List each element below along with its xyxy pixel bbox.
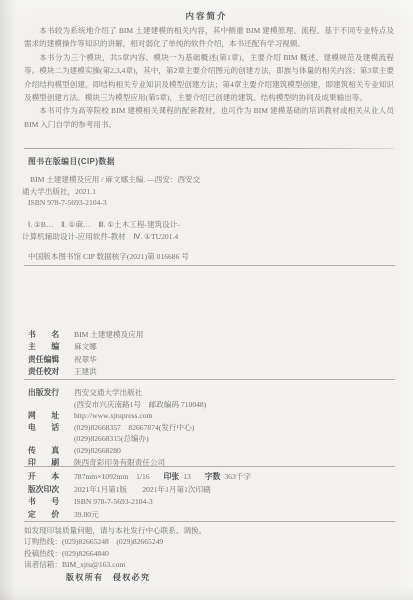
publisher-value: 西安交通大学出版社 [74, 387, 142, 399]
publishing-section: 出版发行 西安交通大学出版社 (西安市兴庆南路1号 邮政编码 710048) 网… [28, 387, 393, 468]
cip-classification-line-2: 计算机辅助设计-应用软件-教材 Ⅳ. ①TU201.4 [22, 231, 178, 242]
fax-row: 传 真 (029)82668280 [28, 445, 393, 457]
isbn-row: 书 号 ISBN 978-7-5693-2104-3 [28, 496, 393, 509]
cip-registry-line: 中国版本图书馆 CIP 数据核字(2021)第 016686 号 [28, 251, 189, 262]
reader-mailbox: 读者信箱：BIM_xjtu@163.com [24, 559, 393, 570]
isbn-value: ISBN 978-7-5693-2104-3 [74, 496, 153, 509]
section-divider [24, 379, 395, 380]
word-count-value: 363千字 [224, 471, 251, 484]
cip-record-line-2: 通大学出版社，2021.1 [22, 186, 96, 197]
summary-paragraph-1: 本书较为系统地介绍了 BIM 土建建模的相关内容，其中侧重 BIM 建模原理、流… [24, 24, 394, 51]
price-row: 定 价 39.80元 [28, 509, 393, 522]
edition-label: 版次印次 [28, 484, 74, 497]
format-label: 开 本 [28, 471, 74, 484]
publisher-row: 出版发行 西安交通大学出版社 [28, 387, 393, 399]
format-value: 787mm×1092mm 1/16 [74, 471, 150, 484]
publisher-label: 出版发行 [28, 387, 74, 399]
section-divider [24, 265, 395, 266]
price-label: 定 价 [28, 509, 74, 522]
cip-classification-line-1: Ⅰ. ①B… Ⅱ. ①麻… Ⅲ. ①土木工程-建筑设计- [28, 219, 180, 230]
section-divider [24, 148, 395, 149]
summary-paragraph-2: 本书分为三个模块，共5章内容。模块一为基础概述(第1章)，主要介绍 BIM 概述… [24, 51, 394, 105]
sheets-label: 印张 [164, 471, 180, 484]
book-title-value: BIM 土建建模及应用 [74, 329, 143, 341]
chief-editor-value: 麻文娜 [74, 341, 97, 353]
phone-row: 电 话 (029)82668357 82667874(发行中心) [28, 422, 393, 434]
chief-editor-row: 主 编 麻文娜 [28, 341, 393, 353]
content-summary-section: 本书较为系统地介绍了 BIM 土建建模的相关内容，其中侧重 BIM 建模原理、流… [24, 24, 394, 131]
publisher-address-row: (西安市兴庆南路1号 邮政编码 710048) [28, 399, 393, 411]
copyright-page: 内容简介 本书较为系统地介绍了 BIM 土建建模的相关内容，其中侧重 BIM 建… [0, 0, 413, 600]
copyright-notice: 版权所有 侵权必究 [66, 572, 393, 583]
edition-row: 版次印次 2021年1月第1版 2021年1月第1次印刷 [28, 484, 393, 497]
book-info-section: 书 名 BIM 土建建模及应用 主 编 麻文娜 责任编辑 祝翠华 责任校对 王建… [28, 329, 393, 379]
publisher-address: (西安市兴庆南路1号 邮政编码 710048) [74, 399, 206, 411]
website-label: 网 址 [28, 410, 74, 422]
phone-value-2: (029)82668315(总编办) [74, 433, 149, 445]
phone-label: 电 话 [28, 422, 74, 434]
sheets-value: 13 [183, 471, 191, 484]
phone-value: (029)82668357 82667874(发行中心) [74, 422, 194, 434]
book-title-row: 书 名 BIM 土建建模及应用 [28, 329, 393, 341]
print-spec-section: 开 本 787mm×1092mm 1/16 印张 13 字数 363千字 版次印… [28, 471, 393, 521]
section-divider [24, 521, 395, 522]
format-row: 开 本 787mm×1092mm 1/16 印张 13 字数 363千字 [28, 471, 393, 484]
chief-editor-label: 主 编 [28, 341, 74, 353]
fax-value: (029)82668280 [74, 445, 121, 457]
phone-row-2: (029)82668315(总编办) [28, 433, 393, 445]
word-count-label: 字数 [205, 471, 221, 484]
order-hotline: 订购热线：(029)82665248 (029)82665249 [24, 536, 393, 547]
proofreader-value: 王建洪 [74, 366, 97, 378]
quality-notice: 如发现印装质量问题，请与本社发行中心联系、调换。 [24, 525, 393, 536]
responsible-editor-label: 责任编辑 [28, 354, 74, 366]
website-value: http://www.xjtupress.com [74, 410, 152, 422]
section-divider [24, 466, 395, 467]
submission-hotline: 投稿热线：(029)82664840 [24, 548, 393, 559]
isbn-label: 书 号 [28, 496, 74, 509]
responsible-editor-row: 责任编辑 祝翠华 [28, 354, 393, 366]
cip-record-line-1: BIM 土建建模及应用 / 麻文娜主编. —西安：西安交 [30, 174, 200, 185]
edition-value: 2021年1月第1版 2021年1月第1次印刷 [74, 484, 211, 497]
website-row: 网 址 http://www.xjtupress.com [28, 410, 393, 422]
proofreader-label: 责任校对 [28, 366, 74, 378]
book-title-label: 书 名 [28, 329, 74, 341]
proofreader-row: 责任校对 王建洪 [28, 366, 393, 378]
price-value: 39.80元 [74, 509, 99, 522]
content-summary-title: 内容简介 [0, 10, 413, 22]
responsible-editor-value: 祝翠华 [74, 354, 97, 366]
cip-isbn-line: ISBN 978-7-5693-2104-3 [28, 198, 107, 207]
footer-section: 如发现印装质量问题，请与本社发行中心联系、调换。 订购热线：(029)82665… [24, 525, 393, 583]
summary-paragraph-3: 本书可作为高等院校 BIM 建模相关课程的配套教材，也可作为 BIM 建模基础的… [24, 104, 394, 131]
fax-label: 传 真 [28, 445, 74, 457]
cip-heading: 图书在版编目(CIP)数据 [28, 156, 115, 167]
